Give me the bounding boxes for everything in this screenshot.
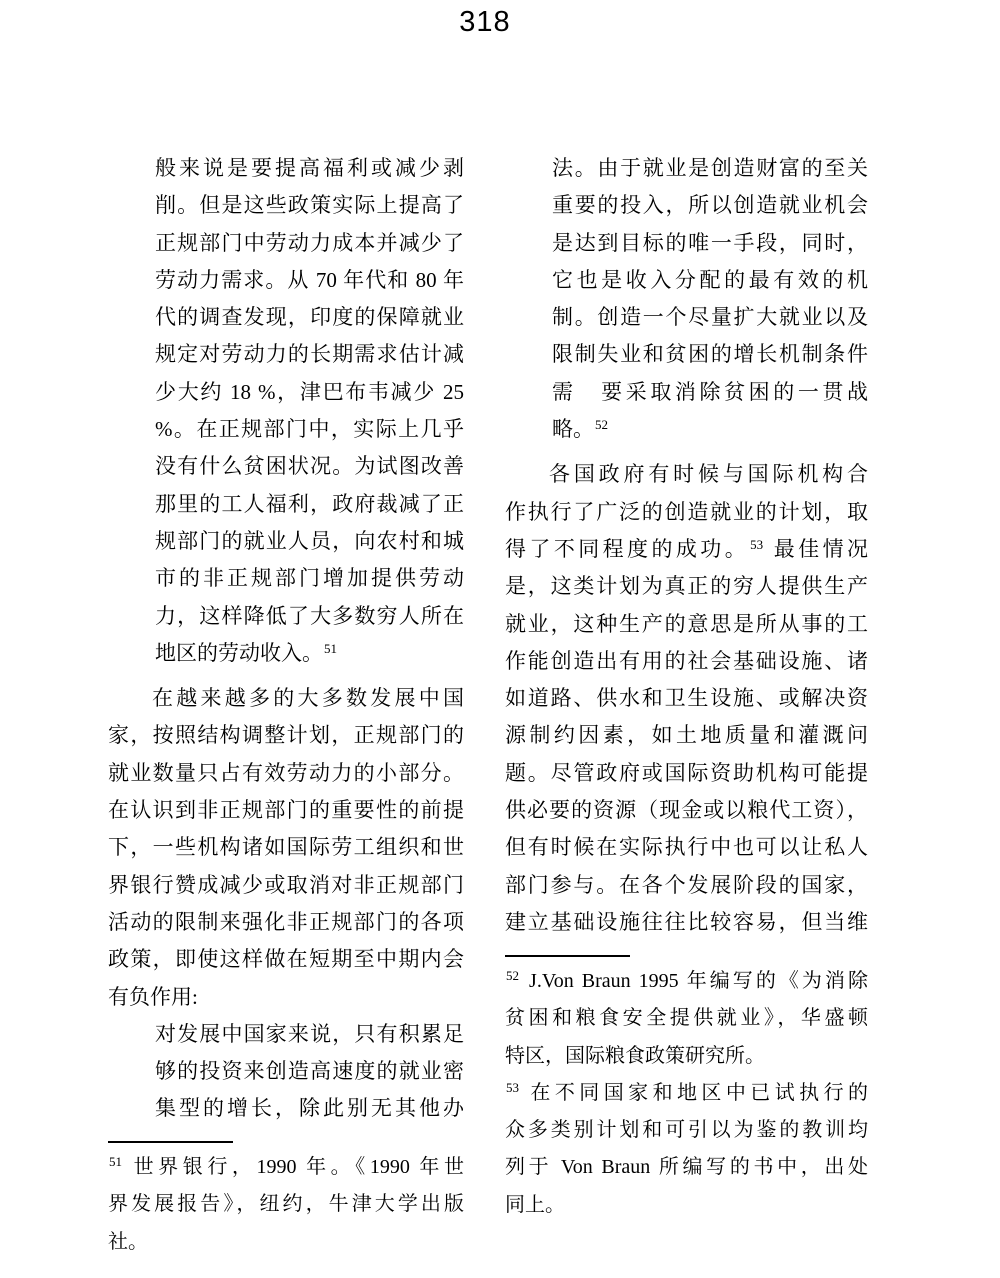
para-block: 各国政府有时候与国际机构合作执行了广泛的创造就业的计划，取得了不同程度的成功。5… <box>505 456 868 941</box>
text-line: 集型的增长，除此别无其他办 <box>155 1090 464 1127</box>
quote-block: 对发展中国家来说，只有积累足够的投资来创造高速度的就业密集型的增长，除此别无其他… <box>155 1016 464 1128</box>
footnote-ref: 51 <box>323 641 339 656</box>
text-line: 社。 <box>108 1224 464 1261</box>
text-line: 部门参与。在各个发展阶段的国家， <box>505 867 868 904</box>
footnote-ref: 52 <box>505 968 521 983</box>
text-line: %。在正规部门中，实际上几乎 <box>155 411 464 448</box>
text-line: 般来说是要提高福利或减少剥 <box>155 150 464 187</box>
footnote-ref: 51 <box>108 1154 124 1169</box>
text-line: 正规部门中劳动力成本并减少了 <box>155 225 464 262</box>
para-block: 在越来越多的大多数发展中国家，按照结构调整计划，正规部门的就业数量只占有效劳动力… <box>108 680 464 1016</box>
footnote-ref: 53 <box>749 537 765 552</box>
text-line: 代的调查发现，印度的保障就业 <box>155 299 464 336</box>
text-line: 没有什么贫困状况。为试图改善 <box>155 448 464 485</box>
text-line: 重要的投入，所以创造就业机会 <box>552 187 868 224</box>
text-line: 劳动力需求。从 70 年代和 80 年 <box>155 262 464 299</box>
text-line: 家，按照结构调整计划，正规部门的 <box>108 717 464 754</box>
text-line: 对发展中国家来说，只有积累足 <box>155 1016 464 1053</box>
footnote-divider <box>505 955 630 957</box>
text-line: 限制失业和贫困的增长机制条件 <box>552 336 868 373</box>
text-line: 众多类别计划和可引以为鉴的教训均 <box>505 1112 868 1149</box>
text-line: 有负作用: <box>108 979 464 1016</box>
text-line: 特区，国际粮食政策研究所。 <box>505 1038 868 1075</box>
quote-block: 法。由于就业是创造财富的至关重要的投入，所以创造就业机会是达到目标的唯一手段，同… <box>552 150 868 448</box>
text-line: 规部门的就业人员，向农村和城 <box>155 523 464 560</box>
text-line: 制。创造一个尽量扩大就业以及 <box>552 299 868 336</box>
right-footnotes: 52 J.Von Braun 1995 年编写的《为消除贫困和粮食安全提供就业》… <box>505 963 868 1224</box>
text-line: 规定对劳动力的长期需求估计减 <box>155 336 464 373</box>
text-line: 那里的工人福利，政府裁减了正 <box>155 486 464 523</box>
text-line: 略。52 <box>552 411 868 448</box>
right-column: 法。由于就业是创造财富的至关重要的投入，所以创造就业机会是达到目标的唯一手段，同… <box>505 150 868 941</box>
text-line: 下，一些机构诸如国际劳工组织和世 <box>108 829 464 866</box>
text-line: 各国政府有时候与国际机构合 <box>505 456 868 493</box>
text-line: 需 要采取消除贫困的一贯战 <box>552 374 868 411</box>
footnote-ref: 52 <box>594 417 610 432</box>
text-line: 列于 Von Braun 所编写的书中，出处 <box>505 1149 868 1186</box>
text-line: 就业，这种生产的意思是所从事的工 <box>505 606 868 643</box>
text-line: 削。但是这些政策实际上提高了 <box>155 187 464 224</box>
text-line: 是达到目标的唯一手段，同时， <box>552 225 868 262</box>
text-line: 法。由于就业是创造财富的至关 <box>552 150 868 187</box>
text-line: 52 J.Von Braun 1995 年编写的《为消除 <box>505 963 868 1000</box>
footnote-block: 51 世界银行，1990 年。《1990 年世界发展报告》，纽约，牛津大学出版社… <box>108 1149 464 1261</box>
footnote-block: 52 J.Von Braun 1995 年编写的《为消除贫困和粮食安全提供就业》… <box>505 963 868 1075</box>
text-line: 51 世界银行，1990 年。《1990 年世 <box>108 1149 464 1186</box>
text-line: 在认识到非正规部门的重要性的前提 <box>108 792 464 829</box>
text-line: 题。尽管政府或国际资助机构可能提 <box>505 755 868 792</box>
text-line: 界银行赞成减少或取消对非正规部门 <box>108 867 464 904</box>
text-line: 作执行了广泛的创造就业的计划，取 <box>505 494 868 531</box>
right-footnote-area: 52 J.Von Braun 1995 年编写的《为消除贫困和粮食安全提供就业》… <box>505 955 868 1224</box>
text-line: 但有时候在实际执行中也可以让私人 <box>505 829 868 866</box>
text-line: 少大约 18 %，津巴布韦减少 25 <box>155 374 464 411</box>
text-line: 界发展报告》，纽约，牛津大学出版 <box>108 1186 464 1223</box>
text-line: 建立基础设施往往比较容易，但当维 <box>505 904 868 941</box>
quote-block: 般来说是要提高福利或减少剥削。但是这些政策实际上提高了正规部门中劳动力成本并减少… <box>155 150 464 672</box>
text-line: 力，这样降低了大多数穷人所在 <box>155 598 464 635</box>
text-line: 政策，即使这样做在短期至中期内会 <box>108 941 464 978</box>
footnote-ref: 53 <box>505 1080 521 1095</box>
text-line: 53 在不同国家和地区中已试执行的 <box>505 1075 868 1112</box>
left-footnotes: 51 世界银行，1990 年。《1990 年世界发展报告》，纽约，牛津大学出版社… <box>108 1149 464 1261</box>
footnote-divider <box>108 1141 233 1143</box>
text-line: 供必要的资源（现金或以粮代工资）， <box>505 792 868 829</box>
text-line: 如道路、供水和卫生设施、或解决资 <box>505 680 868 717</box>
text-line: 地区的劳动收入。51 <box>155 635 464 672</box>
text-line: 是，这类计划为真正的穷人提供生产 <box>505 568 868 605</box>
left-footnote-area: 51 世界银行，1990 年。《1990 年世界发展报告》，纽约，牛津大学出版社… <box>108 1141 464 1261</box>
text-line: 同上。 <box>505 1187 868 1224</box>
page-number: 318 <box>380 6 590 39</box>
text-line: 在越来越多的大多数发展中国 <box>108 680 464 717</box>
text-line: 市的非正规部门增加提供劳动 <box>155 560 464 597</box>
text-line: 活动的限制来强化非正规部门的各项 <box>108 904 464 941</box>
text-line: 贫困和粮食安全提供就业》，华盛顿 <box>505 1000 868 1037</box>
text-line: 源制约因素，如土地质量和灌溉问 <box>505 717 868 754</box>
text-line: 够的投资来创造高速度的就业密 <box>155 1053 464 1090</box>
text-line: 得了不同程度的成功。53 最佳情况 <box>505 531 868 568</box>
text-line: 作能创造出有用的社会基础设施、诸 <box>505 643 868 680</box>
left-column: 般来说是要提高福利或减少剥削。但是这些政策实际上提高了正规部门中劳动力成本并减少… <box>108 150 464 1128</box>
document-page: 318 般来说是要提高福利或减少剥削。但是这些政策实际上提高了正规部门中劳动力成… <box>0 0 1000 1278</box>
footnote-block: 53 在不同国家和地区中已试执行的众多类别计划和可引以为鉴的教训均列于 Von … <box>505 1075 868 1224</box>
text-line: 它也是收入分配的最有效的机 <box>552 262 868 299</box>
text-line: 就业数量只占有效劳动力的小部分。 <box>108 755 464 792</box>
